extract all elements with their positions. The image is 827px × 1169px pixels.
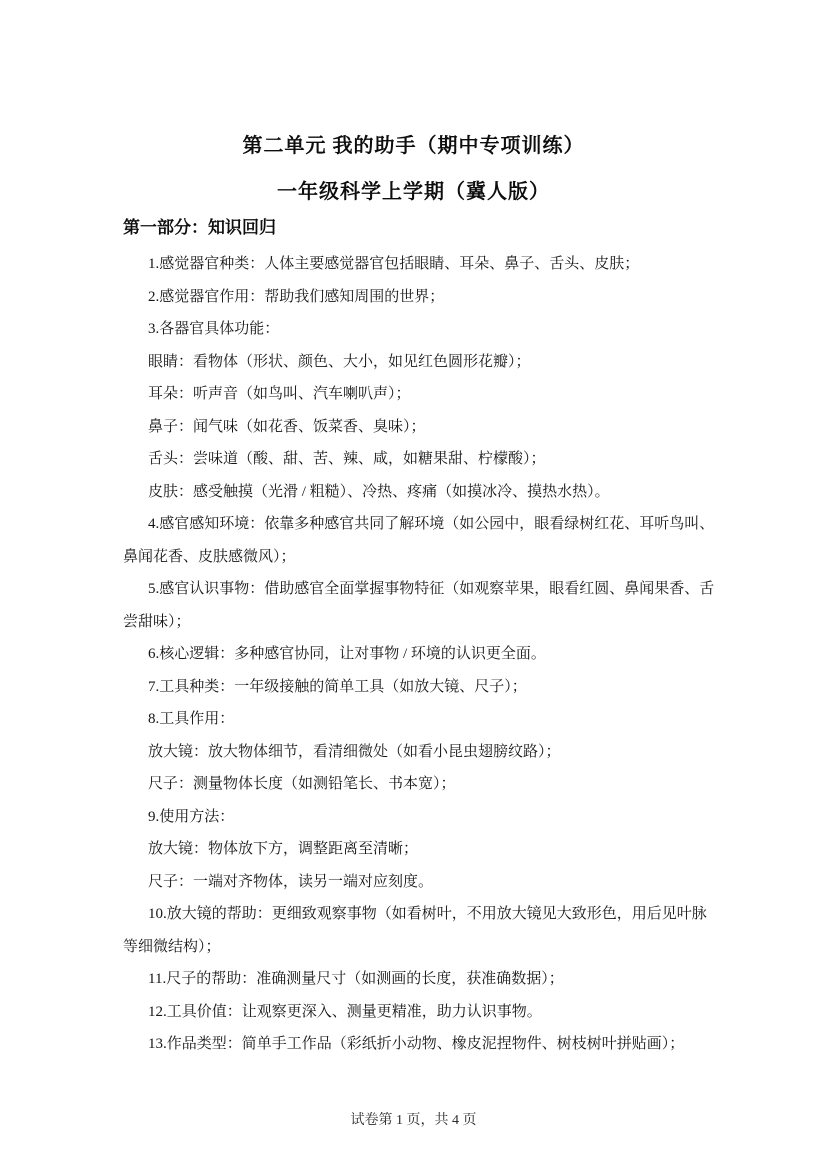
document-line: 皮肤：感受触摸（光滑 / 粗糙）、冷热、疼痛（如摸冰冷、摸热水热）。 <box>123 476 723 509</box>
document-line: 放大镜：物体放下方，调整距离至清晰； <box>123 833 723 866</box>
document-page: 第二单元 我的助手（期中专项训练） 一年级科学上学期（冀人版） 第一部分：知识回… <box>0 0 827 1169</box>
document-line: 9.使用方法： <box>123 801 723 834</box>
section-heading-part-one: 第一部分：知识回归 <box>123 213 276 238</box>
document-line: 舌头：尝味道（酸、甜、苦、辣、咸，如糖果甜、柠檬酸）； <box>123 443 723 476</box>
document-line: 5.感官认识事物：借助感官全面掌握事物特征（如观察苹果，眼看红圆、鼻闻果香、舌 <box>123 573 723 606</box>
document-line: 4.感官感知环境：依靠多种感官共同了解环境（如公园中，眼看绿树红花、耳听鸟叫、 <box>123 508 723 541</box>
document-line: 7.工具种类：一年级接触的简单工具（如放大镜、尺子）； <box>123 671 723 704</box>
page-footer: 试卷第 1 页，共 4 页 <box>0 1109 827 1129</box>
document-line: 耳朵：听声音（如鸟叫、汽车喇叭声）； <box>123 378 723 411</box>
document-line: 等细微结构）； <box>123 931 723 964</box>
document-line: 1.感觉器官种类：人体主要感觉器官包括眼睛、耳朵、鼻子、舌头、皮肤； <box>123 248 723 281</box>
document-line: 放大镜：放大物体细节，看清细微处（如看小昆虫翅膀纹路）； <box>123 736 723 769</box>
document-line: 8.工具作用： <box>123 703 723 736</box>
document-line: 12.工具价值：让观察更深入、测量更精准，助力认识事物。 <box>123 996 723 1029</box>
document-title: 第二单元 我的助手（期中专项训练） <box>0 129 827 158</box>
document-line: 尺子：测量物体长度（如测铅笔长、书本宽）； <box>123 768 723 801</box>
document-line: 13.作品类型：简单手工作品（彩纸折小动物、橡皮泥捏物件、树枝树叶拼贴画）； <box>123 1028 723 1061</box>
document-line: 尝甜味）； <box>123 606 723 639</box>
document-line: 6.核心逻辑：多种感官协同，让对事物 / 环境的认识更全面。 <box>123 638 723 671</box>
document-line: 鼻闻花香、皮肤感微风）； <box>123 541 723 574</box>
document-line: 3.各器官具体功能： <box>123 313 723 346</box>
document-line: 2.感觉器官作用：帮助我们感知周围的世界； <box>123 281 723 314</box>
knowledge-review-list: 1.感觉器官种类：人体主要感觉器官包括眼睛、耳朵、鼻子、舌头、皮肤；2.感觉器官… <box>123 248 723 1061</box>
document-line: 10.放大镜的帮助：更细致观察事物（如看树叶，不用放大镜见大致形色，用后见叶脉 <box>123 898 723 931</box>
document-subtitle: 一年级科学上学期（冀人版） <box>0 175 827 204</box>
document-line: 11.尺子的帮助：准确测量尺寸（如测画的长度，获准确数据）； <box>123 963 723 996</box>
document-line: 鼻子：闻气味（如花香、饭菜香、臭味）； <box>123 411 723 444</box>
document-line: 尺子：一端对齐物体，读另一端对应刻度。 <box>123 866 723 899</box>
document-line: 眼睛：看物体（形状、颜色、大小，如见红色圆形花瓣）； <box>123 346 723 379</box>
